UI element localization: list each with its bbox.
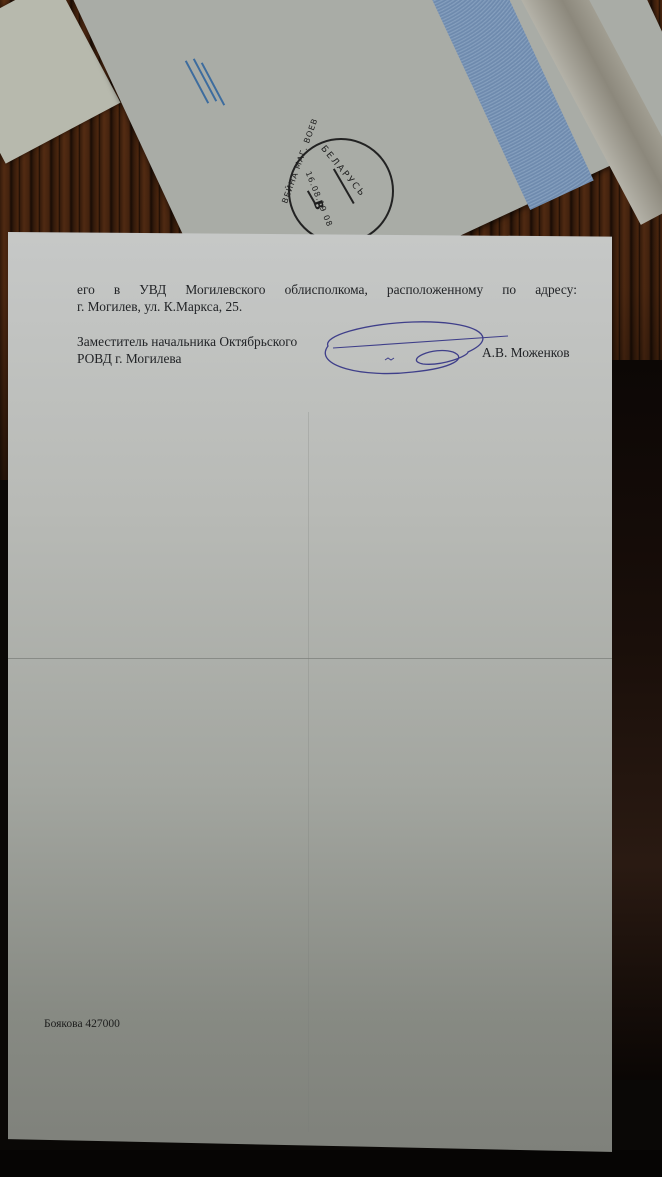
body-word: его <box>77 282 95 298</box>
footer-note: Боякова 427000 <box>44 1018 120 1030</box>
dark-surface-bottom <box>0 1150 662 1177</box>
letter-page: еговУВДМогилевскогооблисполкома,располож… <box>8 232 612 1152</box>
handwritten-signature <box>293 316 523 376</box>
body-line-2: г. Могилев, ул. К.Маркса, 25. <box>77 299 242 315</box>
body-word: в <box>114 282 120 298</box>
fold-crease-horizontal <box>8 658 612 659</box>
body-word: облисполкома, <box>285 282 368 298</box>
body-word: адресу: <box>535 282 577 298</box>
body-word: Могилевского <box>185 282 265 298</box>
body-line-1: еговУВДМогилевскогооблисполкома,располож… <box>77 282 577 298</box>
body-word: УВД <box>139 282 166 298</box>
fold-crease-vertical <box>308 412 309 1132</box>
body-word: по <box>502 282 516 298</box>
postmark-country: БЕЛАРУСЬ <box>318 144 367 200</box>
postmark-stamp: БЕЛАРУСЬ 16.08.19 08 В ВЕЙНА МАГ. ВОЕВ <box>288 138 394 244</box>
body-word: расположенному <box>387 282 483 298</box>
signatory-title-line-1: Заместитель начальника Октябрьского <box>77 334 297 350</box>
dark-surface-right <box>612 360 662 1080</box>
signatory-title-line-2: РОВД г. Могилева <box>77 351 182 367</box>
envelope-sender-print <box>192 56 232 116</box>
